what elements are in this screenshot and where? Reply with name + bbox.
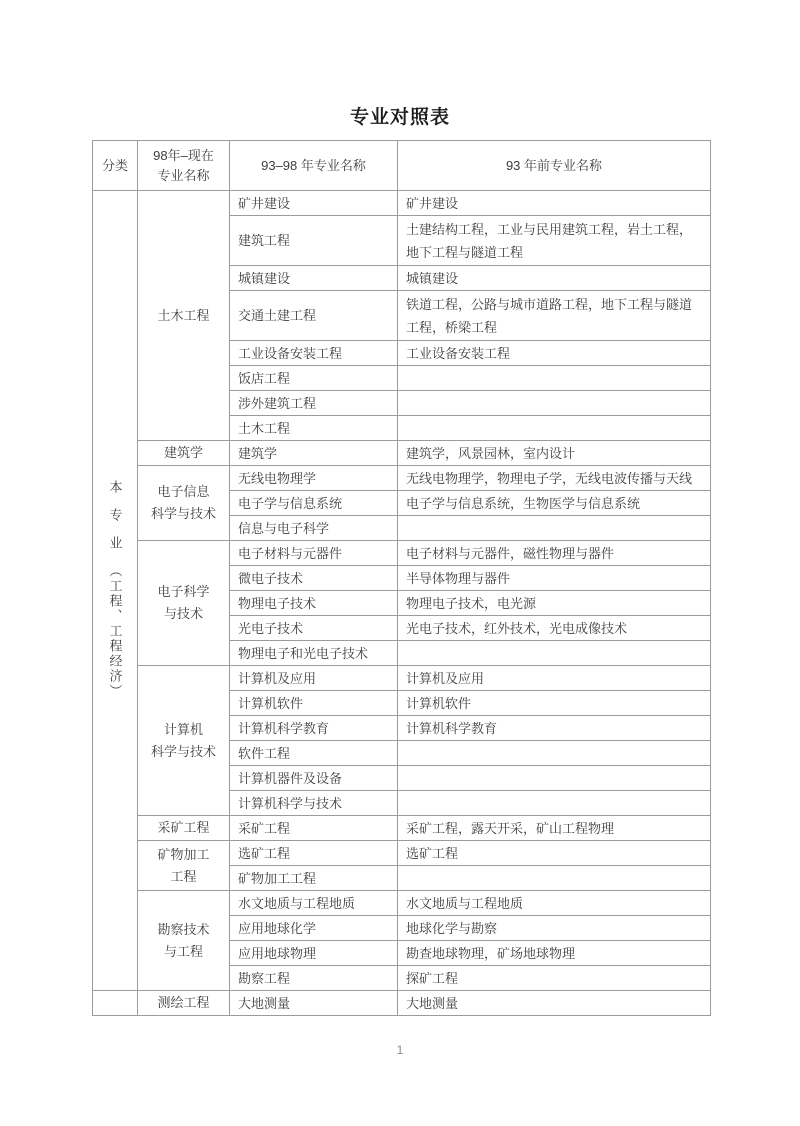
major-pre-93-cell: 地球化学与勘察: [398, 916, 711, 941]
major-pre-93-cell: 大地测量: [398, 991, 711, 1016]
major-93-98-cell: 应用地球化学: [230, 916, 398, 941]
table-body: 本专业（工程、工程经济）土木工程矿井建设矿井建设建筑工程土建结构工程，工业与民用…: [93, 191, 711, 1016]
major-93-98-cell: 涉外建筑工程: [230, 391, 398, 416]
major-93-98-cell: 软件工程: [230, 741, 398, 766]
major-pre-93-cell: 矿井建设: [398, 191, 711, 216]
major-pre-93-cell: 电子学与信息系统，生物医学与信息系统: [398, 491, 711, 516]
major-pre-93-cell: 半导体物理与器件: [398, 566, 711, 591]
major-pre-93-cell: 计算机科学教育: [398, 716, 711, 741]
major-93-98-cell: 信息与电子科学: [230, 516, 398, 541]
group-name-cell: 采矿工程: [138, 816, 230, 841]
major-pre-93-cell: 建筑学，风景园林，室内设计: [398, 441, 711, 466]
major-pre-93-cell: 选矿工程: [398, 841, 711, 866]
header-row: 分类 98年–现在 专业名称 93–98 年专业名称 93 年前专业名称: [93, 141, 711, 191]
major-pre-93-cell: [398, 366, 711, 391]
major-pre-93-cell: 光电子技术，红外技术，光电成像技术: [398, 616, 711, 641]
major-93-98-cell: 应用地球物理: [230, 941, 398, 966]
major-pre-93-cell: [398, 741, 711, 766]
major-pre-93-cell: [398, 766, 711, 791]
major-pre-93-cell: 工业设备安装工程: [398, 341, 711, 366]
table-row: 电子信息 科学与技术无线电物理学无线电物理学，物理电子学，无线电波传播与天线: [93, 466, 711, 491]
header-98-to-now: 98年–现在 专业名称: [138, 141, 230, 191]
major-93-98-cell: 无线电物理学: [230, 466, 398, 491]
group-name-cell: 土木工程: [138, 191, 230, 441]
table-row: 电子科学 与技术电子材料与元器件电子材料与元器件，磁性物理与器件: [93, 541, 711, 566]
major-pre-93-cell: 水文地质与工程地质: [398, 891, 711, 916]
major-pre-93-cell: 勘查地球物理，矿场地球物理: [398, 941, 711, 966]
major-93-98-cell: 矿井建设: [230, 191, 398, 216]
category-cell: 本专业（工程、工程经济）: [93, 191, 138, 991]
major-pre-93-cell: 采矿工程，露天开采，矿山工程物理: [398, 816, 711, 841]
table-row: 本专业（工程、工程经济）土木工程矿井建设矿井建设: [93, 191, 711, 216]
major-93-98-cell: 电子学与信息系统: [230, 491, 398, 516]
major-93-98-cell: 建筑工程: [230, 216, 398, 266]
major-93-98-cell: 电子材料与元器件: [230, 541, 398, 566]
group-name-cell: 建筑学: [138, 441, 230, 466]
major-93-98-cell: 光电子技术: [230, 616, 398, 641]
group-name-cell: 矿物加工 工程: [138, 841, 230, 891]
major-93-98-cell: 微电子技术: [230, 566, 398, 591]
major-93-98-cell: 选矿工程: [230, 841, 398, 866]
table-row: 矿物加工 工程选矿工程选矿工程: [93, 841, 711, 866]
major-93-98-cell: 水文地质与工程地质: [230, 891, 398, 916]
table-row: 计算机 科学与技术计算机及应用计算机及应用: [93, 666, 711, 691]
header-93-to-98: 93–98 年专业名称: [230, 141, 398, 191]
major-pre-93-cell: [398, 516, 711, 541]
major-pre-93-cell: [398, 416, 711, 441]
table-row: 勘察技术 与工程水文地质与工程地质水文地质与工程地质: [93, 891, 711, 916]
major-93-98-cell: 工业设备安装工程: [230, 341, 398, 366]
major-pre-93-cell: 电子材料与元器件，磁性物理与器件: [398, 541, 711, 566]
major-93-98-cell: 饭店工程: [230, 366, 398, 391]
major-pre-93-cell: 计算机及应用: [398, 666, 711, 691]
header-pre-93: 93 年前专业名称: [398, 141, 711, 191]
page-number: 1: [0, 1043, 800, 1057]
group-name-cell: 电子科学 与技术: [138, 541, 230, 666]
group-name-cell: 计算机 科学与技术: [138, 666, 230, 816]
major-pre-93-cell: [398, 791, 711, 816]
major-93-98-cell: 勘察工程: [230, 966, 398, 991]
major-93-98-cell: 计算机科学与技术: [230, 791, 398, 816]
major-93-98-cell: 物理电子和光电子技术: [230, 641, 398, 666]
major-pre-93-cell: 探矿工程: [398, 966, 711, 991]
major-pre-93-cell: 城镇建设: [398, 266, 711, 291]
major-pre-93-cell: [398, 391, 711, 416]
category-label-main: 本专业: [108, 480, 123, 564]
major-93-98-cell: 计算机软件: [230, 691, 398, 716]
major-93-98-cell: 建筑学: [230, 441, 398, 466]
major-pre-93-cell: 无线电物理学，物理电子学，无线电波传播与天线: [398, 466, 711, 491]
page-title: 专业对照表: [0, 102, 800, 129]
major-pre-93-cell: 土建结构工程，工业与民用建筑工程，岩土工程，地下工程与隧道工程: [398, 216, 711, 266]
group-name-cell: 电子信息 科学与技术: [138, 466, 230, 541]
group-name-cell: 测绘工程: [138, 991, 230, 1016]
table-row: 建筑学建筑学建筑学，风景园林，室内设计: [93, 441, 711, 466]
major-pre-93-cell: 物理电子技术，电光源: [398, 591, 711, 616]
major-93-98-cell: 计算机及应用: [230, 666, 398, 691]
major-pre-93-cell: 计算机软件: [398, 691, 711, 716]
majors-comparison-table: 分类 98年–现在 专业名称 93–98 年专业名称 93 年前专业名称 本专业…: [92, 140, 711, 1016]
group-name-cell: 勘察技术 与工程: [138, 891, 230, 991]
category-label-sub: （工程、工程经济）: [108, 564, 123, 699]
major-93-98-cell: 交通土建工程: [230, 291, 398, 341]
table-row: 测绘工程大地测量大地测量: [93, 991, 711, 1016]
major-93-98-cell: 计算机科学教育: [230, 716, 398, 741]
major-93-98-cell: 大地测量: [230, 991, 398, 1016]
major-93-98-cell: 矿物加工工程: [230, 866, 398, 891]
major-93-98-cell: 土木工程: [230, 416, 398, 441]
major-93-98-cell: 城镇建设: [230, 266, 398, 291]
major-pre-93-cell: [398, 641, 711, 666]
table-row: 采矿工程采矿工程采矿工程，露天开采，矿山工程物理: [93, 816, 711, 841]
major-93-98-cell: 物理电子技术: [230, 591, 398, 616]
major-93-98-cell: 采矿工程: [230, 816, 398, 841]
header-category: 分类: [93, 141, 138, 191]
major-93-98-cell: 计算机器件及设备: [230, 766, 398, 791]
major-pre-93-cell: [398, 866, 711, 891]
major-pre-93-cell: 铁道工程，公路与城市道路工程，地下工程与隧道工程，桥梁工程: [398, 291, 711, 341]
category-cell: [93, 991, 138, 1016]
